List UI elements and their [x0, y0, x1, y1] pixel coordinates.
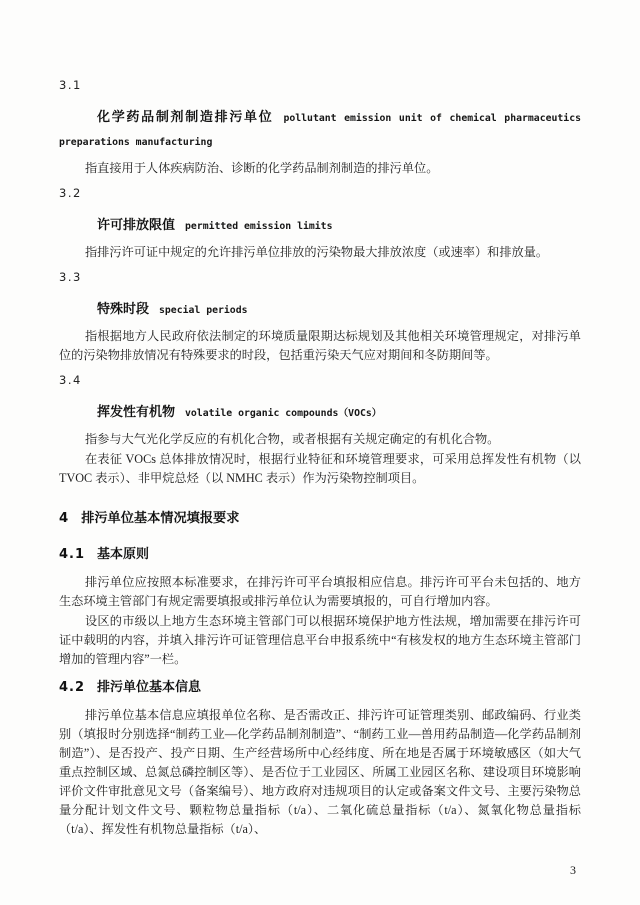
term-zh-3-2: 许可排放限值 [97, 218, 175, 233]
clause-number-3-3: 3.3 [59, 271, 581, 284]
chapter-title: 排污单位基本情况填报要求 [81, 511, 239, 526]
term-en-3-2: permitted emission limits [185, 221, 332, 232]
section-number-4-1: 4.1 [59, 547, 85, 562]
term-heading-3-4: 挥发性有机物volatile organic compounds（VOCs） [59, 401, 581, 425]
definition-paragraph: 指排污许可证中规定的允许排污单位排放的污染物最大排放浓度（或速率）和排放量。 [59, 243, 581, 262]
term-en-3-4: volatile organic compounds（VOCs） [185, 408, 382, 419]
term-heading-3-1: 化学药品制剂制造排污单位pollutant emission unit of c… [59, 106, 581, 154]
section-title-4-2: 排污单位基本信息 [97, 680, 201, 695]
term-heading-3-3: 特殊时段special periods [59, 298, 581, 322]
definition-paragraph: 指参与大气光化学反应的有机化合物，或者根据有关规定确定的有机化合物。 [59, 430, 581, 449]
term-en-3-3: special periods [159, 305, 247, 316]
definition-paragraph: 指直接用于人体疾病防治、诊断的化学药品制剂制造的排污单位。 [59, 159, 581, 178]
body-paragraph: 设区的市级以上地方生态环境主管部门可以根据环境保护地方性法规，增加需要在排污许可… [59, 612, 581, 669]
page-number: 3 [59, 863, 581, 878]
section-heading-4-2: 4.2排污单位基本信息 [59, 678, 581, 697]
term-zh-3-4: 挥发性有机物 [97, 405, 175, 420]
term-zh-3-3: 特殊时段 [97, 302, 149, 317]
chapter-number: 4 [59, 511, 69, 526]
document-page: 3.1 化学药品制剂制造排污单位pollutant emission unit … [0, 0, 640, 905]
section-heading-4-1: 4.1基本原则 [59, 545, 581, 564]
definition-paragraph: 指根据地方人民政府依法制定的环境质量限期达标规划及其他相关环境管理规定，对排污单… [59, 327, 581, 365]
clause-number-3-4: 3.4 [59, 374, 581, 387]
body-paragraph: 排污单位基本信息应填报单位名称、是否需改正、排污许可证管理类别、邮政编码、行业类… [59, 706, 581, 839]
section-number-4-2: 4.2 [59, 680, 85, 695]
term-zh-3-1: 化学药品制剂制造排污单位 [97, 110, 273, 125]
term-heading-3-2: 许可排放限值permitted emission limits [59, 214, 581, 238]
body-paragraph: 排污单位应按照本标准要求，在排污许可平台填报相应信息。排污许可平台未包括的、地方… [59, 573, 581, 611]
chapter-heading: 4排污单位基本情况填报要求 [59, 509, 581, 528]
clause-number-3-2: 3.2 [59, 187, 581, 200]
section-title-4-1: 基本原则 [97, 547, 149, 562]
clause-number-3-1: 3.1 [59, 79, 581, 92]
definition-paragraph: 在表征 VOCs 总体排放情况时，根据行业特征和环境管理要求，可采用总挥发性有机… [59, 450, 581, 488]
